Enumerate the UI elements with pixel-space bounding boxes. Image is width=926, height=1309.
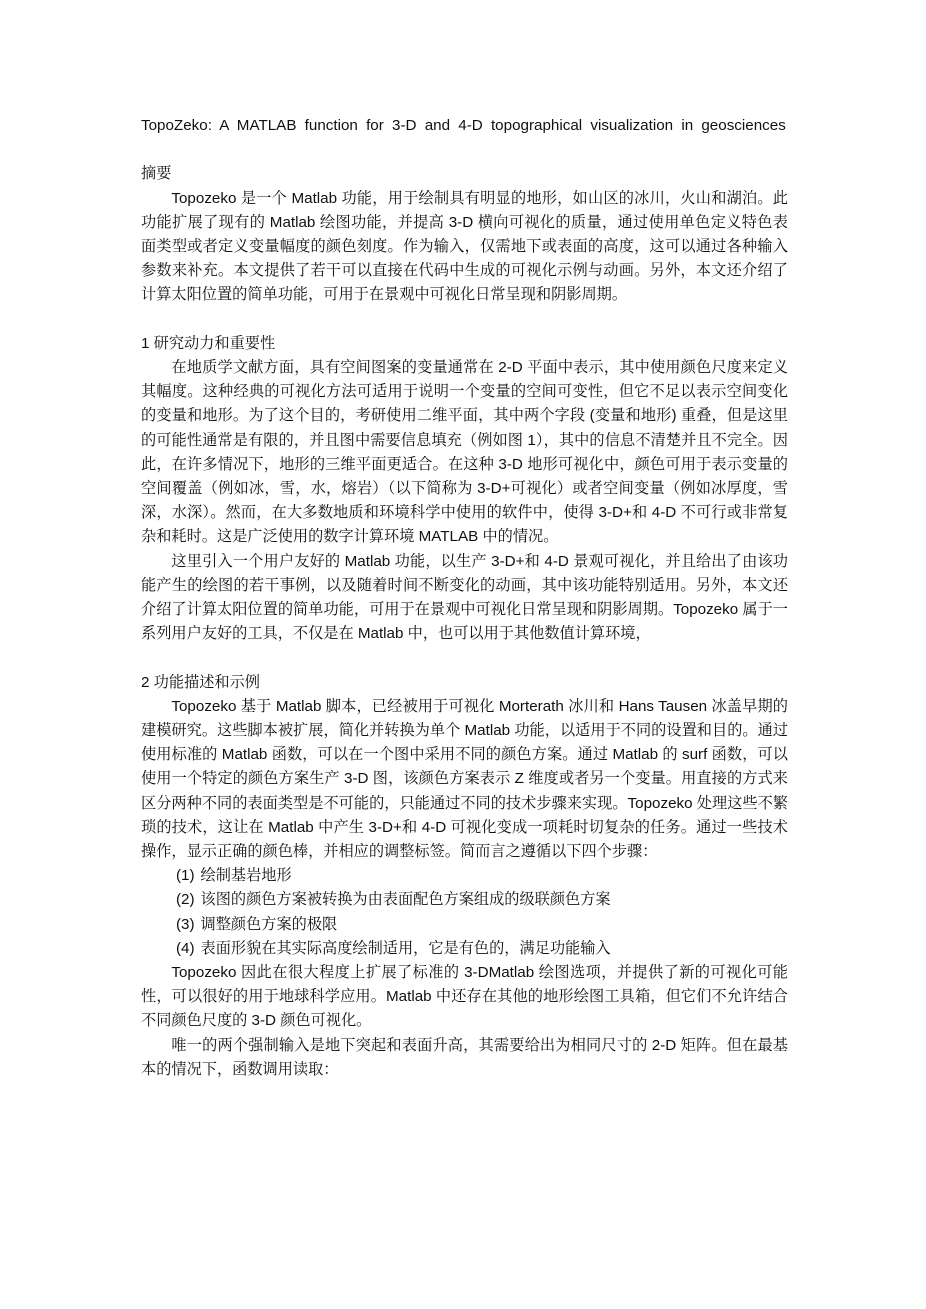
step-text: 该图的颜色方案被转换为由表面配色方案组成的级联颜色方案 xyxy=(201,891,611,908)
step-text: 调整颜色方案的极限 xyxy=(201,916,338,933)
step-number: (4) xyxy=(176,937,195,961)
abstract-heading: 摘要 xyxy=(141,162,788,186)
step-text: 绘制基岩地形 xyxy=(201,867,292,884)
step-text: 表面形貌在其实际高度绘制适用，它是有色的，满足功能输入 xyxy=(201,940,611,957)
step-number: (2) xyxy=(176,888,195,912)
steps-list: (1)绘制基岩地形 (2)该图的颜色方案被转换为由表面配色方案组成的级联颜色方案… xyxy=(141,864,788,961)
section-2-heading: 2 功能描述和示例 xyxy=(141,671,788,695)
document-title: TopoZeko: A MATLAB function for 3-D and … xyxy=(141,114,788,138)
step-item-1: (1)绘制基岩地形 xyxy=(141,864,788,888)
step-item-2: (2)该图的颜色方案被转换为由表面配色方案组成的级联颜色方案 xyxy=(141,888,788,912)
section-2-paragraph-2: Topozeko 因此在很大程度上扩展了标准的 3-DMatlab 绘图选项，并… xyxy=(141,961,788,1034)
abstract-paragraph: Topozeko 是一个 Matlab 功能，用于绘制具有明显的地形，如山区的冰… xyxy=(141,187,788,308)
step-number: (3) xyxy=(176,913,195,937)
section-2-paragraph-3: 唯一的两个强制输入是地下突起和表面升高，其需要给出为相同尺寸的 2-D 矩阵。但… xyxy=(141,1034,788,1082)
section-1-heading: 1 研究动力和重要性 xyxy=(141,332,788,356)
step-item-3: (3)调整颜色方案的极限 xyxy=(141,913,788,937)
document-page: TopoZeko: A MATLAB function for 3-D and … xyxy=(141,114,788,1082)
step-item-4: (4)表面形貌在其实际高度绘制适用，它是有色的，满足功能输入 xyxy=(141,937,788,961)
section-1-paragraph-2: 这里引入一个用户友好的 Matlab 功能，以生产 3-D+和 4-D 景观可视… xyxy=(141,550,788,647)
step-number: (1) xyxy=(176,864,195,888)
section-2-paragraph-1: Topozeko 基于 Matlab 脚本，已经被用于可视化 Morterath… xyxy=(141,695,788,864)
section-1-paragraph-1: 在地质学文献方面，具有空间图案的变量通常在 2-D 平面中表示，其中使用颜色尺度… xyxy=(141,356,788,550)
